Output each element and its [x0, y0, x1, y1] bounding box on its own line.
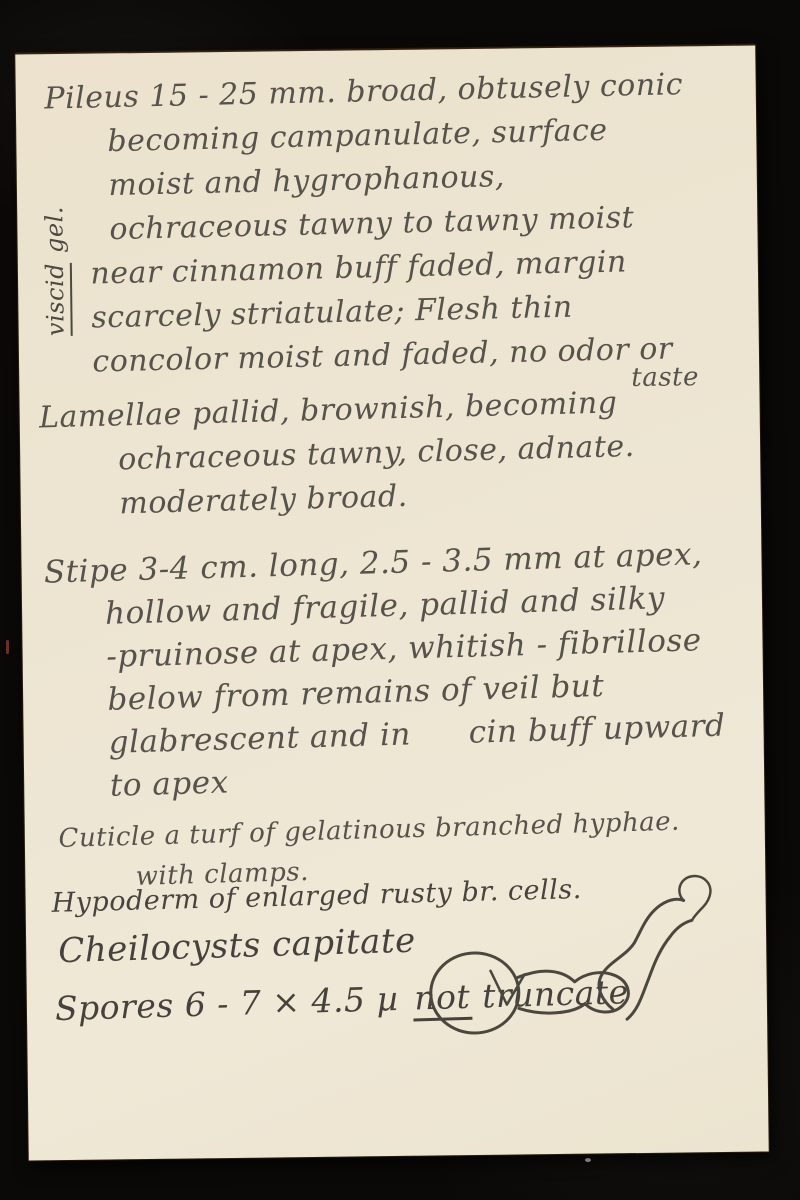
dust-speck	[585, 1158, 591, 1162]
index-card: viscidgel. Pileus 15 - 25 mm. broad, obt…	[15, 46, 768, 1161]
stipe-line-part: glabrescent and in	[108, 716, 411, 760]
inserted-word-taste: taste	[631, 362, 699, 393]
pen-gap	[411, 743, 469, 745]
pileus-paragraph: Pileus 15 - 25 mm. broad, obtusely conic…	[44, 63, 689, 385]
capitate-cystidia-sketch-icon	[421, 850, 723, 1054]
stipe-paragraph: Stipe 3-4 cm. long, 2.5 - 3.5 mm at apex…	[43, 533, 727, 810]
spores-measurement: Spores 6 - 7 × 4.5 µ	[54, 979, 399, 1028]
stipe-line-part: cin buff upward	[468, 708, 726, 751]
fiber-speck	[6, 640, 9, 654]
cheilocysts-line: Cheilocysts capitate	[58, 921, 417, 972]
lamellae-paragraph: Lamellae pallid, brownish, becoming ochr…	[39, 381, 637, 529]
